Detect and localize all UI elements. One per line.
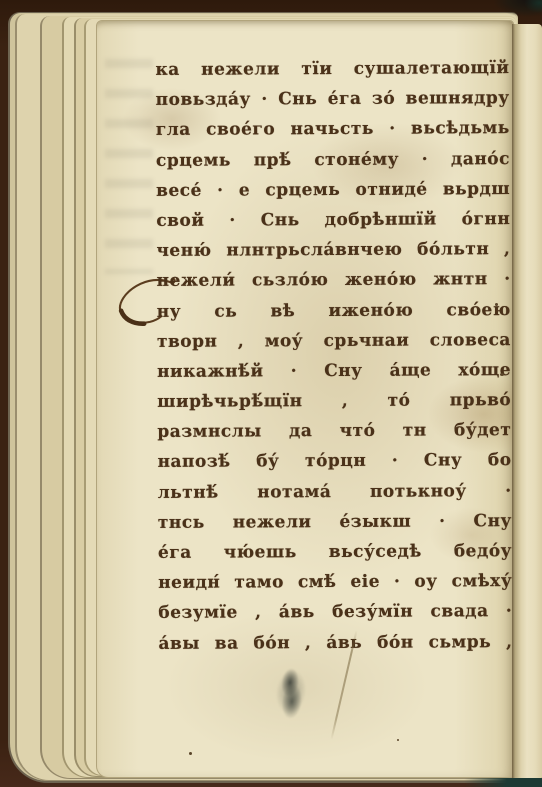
text-line: творн , моу́ срьчнаи словеса — [157, 325, 511, 357]
text-line: ну сь вѣ ижено́ю сво́ею — [157, 295, 511, 327]
text-line: размнслы да что́ тн бу́дет — [157, 415, 511, 447]
text-line: льтнѣ́ нотама́ потькноу́ · — [158, 476, 512, 508]
handwritten-text-block: ка нежели тїи сушалетающїй повьзда́у · С… — [155, 53, 512, 659]
text-line: гла свое́го начьсть · вьсѣдьмь — [156, 113, 510, 145]
text-line: безумїе , а́вь безу́мїн свада · — [158, 596, 512, 628]
text-line: срцемь прѣ́ стоне́му · дано́с — [156, 144, 510, 176]
text-line: е́га чю́ешь вьсу́седѣ бедо́у — [158, 536, 512, 568]
verso-text-show-through — [105, 59, 153, 274]
facing-page-edge — [512, 24, 542, 781]
text-line: нежели́ сьзло́ю жено́ю жнтн · — [157, 264, 511, 296]
text-line: весе́ · е срцемь отниде́ вьрдш — [156, 174, 510, 206]
cover-corner-bottom-right — [464, 778, 542, 787]
text-line: ченю́ нлнтрьсла́внчею бо́льтн , — [156, 234, 510, 266]
text-line: свой · Снь добрѣншїй о́гнн — [156, 204, 510, 236]
manuscript-page: ка нежели тїи сушалетающїй повьзда́у · С… — [96, 20, 514, 778]
ink-speck — [495, 303, 498, 306]
ink-speck — [189, 752, 192, 755]
text-line: повьзда́у · Снь е́га зо́ вешнядру — [156, 83, 510, 115]
text-line: тнсь нежели е́зыкш · Сну — [158, 506, 512, 538]
text-line: а́вы ва бо́н , а́вь бо́н сьмрь , — [158, 627, 512, 659]
text-line: ка нежели тїи сушалетающїй — [155, 53, 509, 85]
ink-speck — [500, 373, 504, 376]
text-line: напозѣ́ бу́ то́рцн · Сну бо — [157, 446, 511, 478]
charcoal-smudge-stain — [265, 658, 317, 726]
text-line: никажнѣ́й · Сну а́ще хо́ще — [157, 355, 511, 387]
text-line: ширѣчьрѣ́щїн , то́ прьво́ — [157, 385, 511, 417]
ink-speck — [397, 739, 399, 741]
cover-corner-top-right — [490, 0, 542, 28]
book-photo: ка нежели тїи сушалетающїй повьзда́у · С… — [0, 0, 542, 787]
text-line: неидн́ тамо смѣ́ еіе · оу смѣху́ — [158, 566, 512, 598]
